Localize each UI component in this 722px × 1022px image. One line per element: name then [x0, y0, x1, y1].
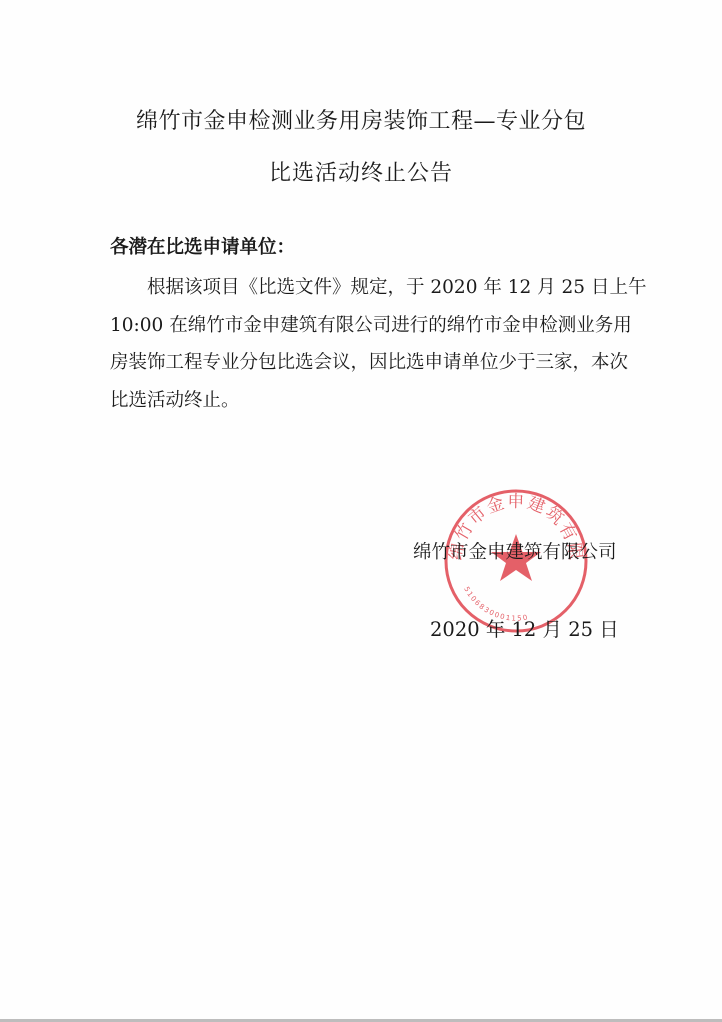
signer-company: 绵竹市金申建筑有限公司 — [413, 538, 617, 564]
document-page: 绵竹市金申检测业务用房装饰工程—专业分包 比选活动终止公告 各潜在比选申请单位：… — [0, 0, 722, 1019]
salutation: 各潜在比选申请单位： — [110, 233, 295, 259]
body-line: 房装饰工程专业分包比选会议，因比选申请单位少于三家，本次 — [110, 344, 610, 382]
body-paragraph: 根据该项目《比选文件》规定，于 2020 年 12 月 25 日上午 10:00… — [110, 269, 610, 419]
document-title-line2: 比选活动终止公告 — [0, 156, 722, 187]
body-line: 比选活动终止。 — [110, 382, 610, 420]
body-line: 10:00 在绵竹市金申建筑有限公司进行的绵竹市金申检测业务用 — [110, 307, 610, 345]
sign-date: 2020 年 12 月 25 日 — [430, 614, 619, 642]
body-line: 根据该项目《比选文件》规定，于 2020 年 12 月 25 日上午 — [110, 269, 610, 307]
document-title-line1: 绵竹市金申检测业务用房装饰工程—专业分包 — [0, 104, 722, 135]
